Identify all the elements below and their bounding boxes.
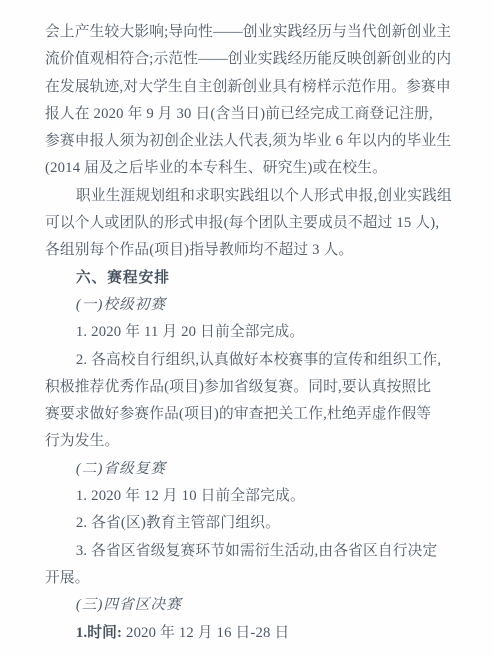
document-line: 可以个人或团队的形式申报(每个团队主要成员不超过 15 人), — [45, 210, 457, 237]
text-run: (2014 届及之后毕业的本专科生、研究生)或在校生。 — [45, 160, 387, 176]
document-line: 会上产生较大影响;导向性——创业实践经历与当代创新创业主 — [45, 19, 457, 46]
text-run: 3. 各省区省级复赛环节如需衍生活动,由各省区自行决定 — [76, 543, 438, 559]
text-run: 赛要求做好参赛作品(项目)的审查把关工作,杜绝弄虚作假等 — [45, 406, 431, 422]
text-run: 行为发生。 — [45, 433, 119, 449]
text-run: 2. 各省(区)教育主管部门组织。 — [76, 515, 280, 531]
document-line: (2014 届及之后毕业的本专科生、研究生)或在校生。 — [45, 155, 457, 182]
text-run: 开展。 — [45, 570, 90, 586]
document-line: 报人在 2020 年 9 月 30 日(含当日)前已经完成工商登记注册, — [45, 101, 457, 128]
text-run: (三)四省区决赛 — [76, 597, 182, 613]
document-line: (一)校级初赛 — [45, 292, 457, 319]
text-run: 参赛申报人须为初创企业法人代表,须为毕业 6 年以内的毕业生 — [45, 133, 451, 149]
document-line: 赛要求做好参赛作品(项目)的审查把关工作,杜绝弄虚作假等 — [45, 401, 457, 428]
document-body: 会上产生较大影响;导向性——创业实践经历与当代创新创业主流价值观相符合;示范性—… — [45, 19, 457, 647]
document-line: 行为发生。 — [45, 428, 457, 455]
document-line: 3. 各省区省级复赛环节如需衍生活动,由各省区自行决定 — [45, 538, 457, 565]
text-run: 2. 各高校自行组织,认真做好本校赛事的宣传和组织工作, — [76, 352, 441, 368]
text-run: 会上产生较大影响;导向性——创业实践经历与当代创新创业主 — [45, 24, 451, 40]
text-run-bold: 1.时间: — [76, 625, 122, 641]
document-line: 2. 各高校自行组织,认真做好本校赛事的宣传和组织工作, — [45, 347, 457, 374]
text-run: 各组别每个作品(项目)指导教师均不超过 3 人。 — [45, 242, 353, 258]
document-line: (二)省级复赛 — [45, 456, 457, 483]
document-line: (三)四省区决赛 — [45, 592, 457, 619]
document-line: 积极推荐优秀作品(项目)参加省级复赛。同时,要认真按照比 — [45, 374, 457, 401]
text-run: 在发展轨迹,对大学生自主创新创业具有榜样示范作用。参赛申 — [45, 79, 451, 95]
text-run: 六、赛程安排 — [76, 270, 170, 286]
text-run: (一)校级初赛 — [76, 297, 166, 313]
document-line: 开展。 — [45, 565, 457, 592]
text-run: 1. 2020 年 11 月 20 日前全部完成。 — [76, 324, 304, 340]
document-line: 职业生涯规划组和求职实践组以个人形式申报,创业实践组 — [45, 183, 457, 210]
text-run: (二)省级复赛 — [76, 461, 166, 477]
document-line: 2. 各省(区)教育主管部门组织。 — [45, 510, 457, 537]
document-line: 流价值观相符合;示范性——创业实践经历能反映创新创业的内 — [45, 46, 457, 73]
text-run: 报人在 2020 年 9 月 30 日(含当日)前已经完成工商登记注册, — [45, 106, 433, 122]
document-line: 各组别每个作品(项目)指导教师均不超过 3 人。 — [45, 237, 457, 264]
document-line: 参赛申报人须为初创企业法人代表,须为毕业 6 年以内的毕业生 — [45, 128, 457, 155]
document-line: 1. 2020 年 11 月 20 日前全部完成。 — [45, 319, 457, 346]
text-run: 积极推荐优秀作品(项目)参加省级复赛。同时,要认真按照比 — [45, 379, 431, 395]
text-run: 1. 2020 年 12 月 10 日前全部完成。 — [76, 488, 305, 504]
document-page: 会上产生较大影响;导向性——创业实践经历与当代创新创业主流价值观相符合;示范性—… — [0, 0, 493, 658]
text-run: 2020 年 12 月 16 日-28 日 — [122, 625, 289, 641]
document-line: 1. 2020 年 12 月 10 日前全部完成。 — [45, 483, 457, 510]
document-line: 六、赛程安排 — [45, 265, 457, 292]
text-run: 可以个人或团队的形式申报(每个团队主要成员不超过 15 人), — [45, 215, 439, 231]
text-run: 职业生涯规划组和求职实践组以个人形式申报,创业实践组 — [76, 188, 452, 204]
document-line: 在发展轨迹,对大学生自主创新创业具有榜样示范作用。参赛申 — [45, 74, 457, 101]
text-run: 流价值观相符合;示范性——创业实践经历能反映创新创业的内 — [45, 51, 451, 67]
document-line: 1.时间: 2020 年 12 月 16 日-28 日 — [45, 620, 457, 647]
